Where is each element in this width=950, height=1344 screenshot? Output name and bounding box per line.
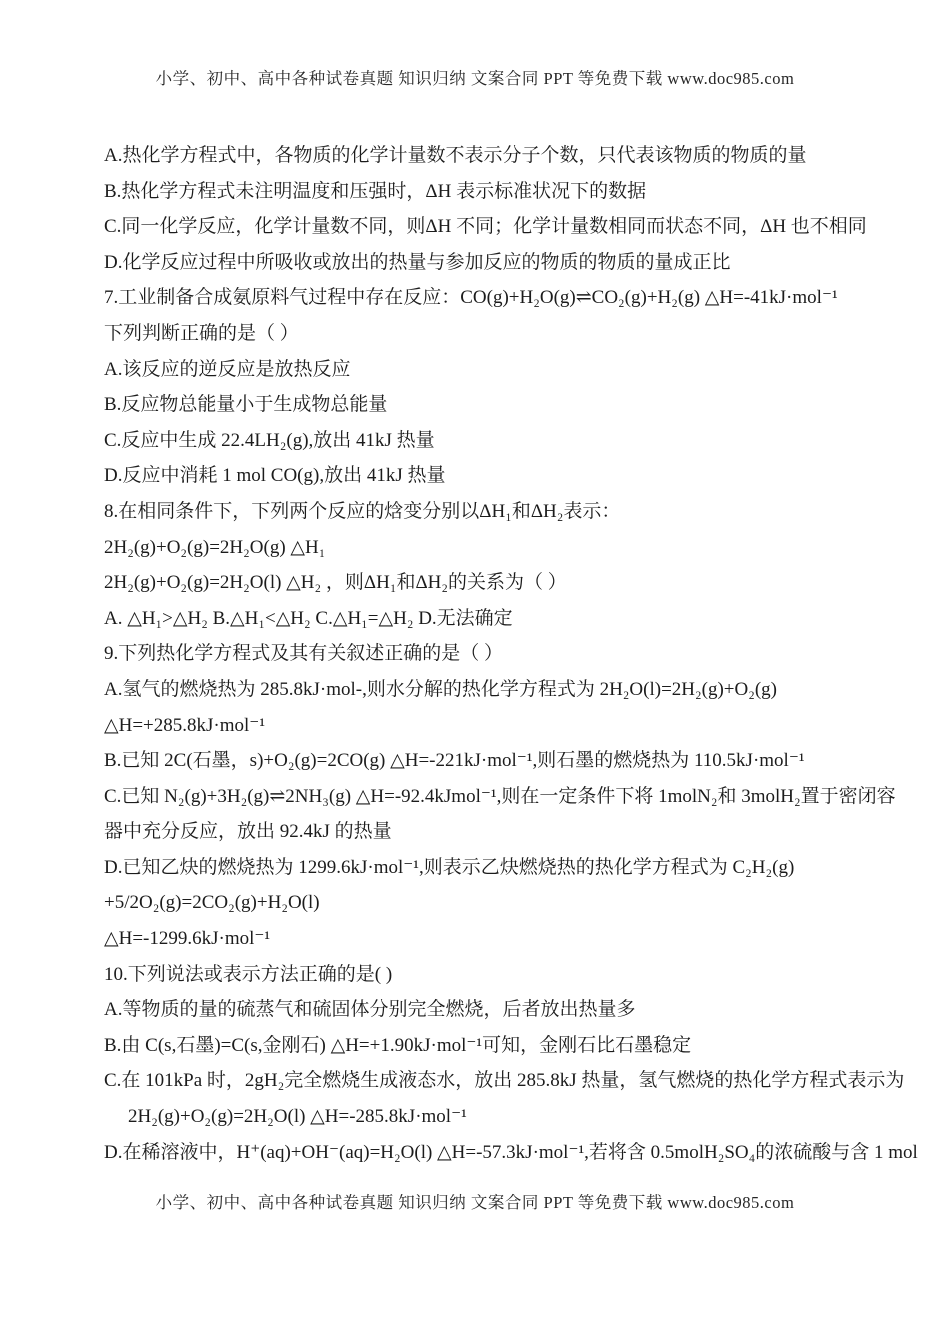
exam-page: { "header": { "text": "小学、初中、高中各种试卷真题 知识… — [0, 0, 950, 1344]
text-line: A.等物质的量的硫蒸气和硫固体分别完全燃烧，后者放出热量多 — [104, 992, 860, 1028]
text-line: 7.工业制备合成氨原料气过程中存在反应：CO(g)+H₂O(g)⇌CO₂(g)+… — [104, 280, 860, 316]
text-line: C.在 101kPa 时，2gH₂完全燃烧生成液态水，放出 285.8kJ 热量… — [104, 1063, 860, 1099]
text-line: △H=+285.8kJ·mol⁻¹ — [104, 708, 860, 744]
exam-question-body: A.热化学方程式中，各物质的化学计量数不表示分子个数，只代表该物质的物质的量B.… — [104, 138, 860, 1170]
text-line: A.该反应的逆反应是放热反应 — [104, 352, 860, 388]
text-line: D.已知乙炔的燃烧热为 1299.6kJ·mol⁻¹,则表示乙炔燃烧热的热化学方… — [104, 850, 860, 886]
text-line: D.化学反应过程中所吸收或放出的热量与参加反应的物质的物质的量成正比 — [104, 245, 860, 281]
header-download-banner: 小学、初中、高中各种试卷真题 知识归纳 文案合同 PPT 等免费下载 www.d… — [0, 68, 950, 90]
text-line: D.反应中消耗 1 mol CO(g),放出 41kJ 热量 — [104, 458, 860, 494]
text-line: B.由 C(s,石墨)=C(s,金刚石) △H=+1.90kJ·mol⁻¹可知，… — [104, 1028, 860, 1064]
text-line: B.已知 2C(石墨，s)+O₂(g)=2CO(g) △H=-221kJ·mol… — [104, 743, 860, 779]
text-line: C.已知 N₂(g)+3H₂(g)⇌2NH₃(g) △H=-92.4kJmol⁻… — [104, 779, 860, 815]
text-line: 8.在相同条件下，下列两个反应的焓变分别以ΔH₁和ΔH₂表示： — [104, 494, 860, 530]
text-line: 2H₂(g)+O₂(g)=2H₂O(l) △H=-285.8kJ·mol⁻¹ — [104, 1099, 860, 1135]
footer-download-banner: 小学、初中、高中各种试卷真题 知识归纳 文案合同 PPT 等免费下载 www.d… — [0, 1192, 950, 1214]
text-line: 2H₂(g)+O₂(g)=2H₂O(l) △H₂ ，则ΔH₁和ΔH₂的关系为（ … — [104, 565, 860, 601]
text-line: B.反应物总能量小于生成物总能量 — [104, 387, 860, 423]
text-line: B.热化学方程式未注明温度和压强时，ΔH 表示标准状况下的数据 — [104, 174, 860, 210]
text-line: C.反应中生成 22.4LH₂(g),放出 41kJ 热量 — [104, 423, 860, 459]
text-line: 9.下列热化学方程式及其有关叙述正确的是（ ） — [104, 636, 860, 672]
text-line: +5/2O₂(g)=2CO₂(g)+H₂O(l) — [104, 885, 860, 921]
text-line: 10.下列说法或表示方法正确的是( ) — [104, 957, 860, 993]
text-line: C.同一化学反应，化学计量数不同，则ΔH 不同；化学计量数相同而状态不同，ΔH … — [104, 209, 860, 245]
text-line: 2H₂(g)+O₂(g)=2H₂O(g) △H₁ — [104, 530, 860, 566]
text-line: D.在稀溶液中，H⁺(aq)+OH⁻(aq)=H₂O(l) △H=-57.3kJ… — [104, 1135, 860, 1171]
text-line: A.氢气的燃烧热为 285.8kJ·mol-,则水分解的热化学方程式为 2H₂O… — [104, 672, 860, 708]
text-line: △H=-1299.6kJ·mol⁻¹ — [104, 921, 860, 957]
text-line: 下列判断正确的是（ ） — [104, 316, 860, 352]
text-line: A. △H₁>△H₂ B.△H₁<△H₂ C.△H₁=△H₂ D.无法确定 — [104, 601, 860, 637]
text-line: 器中充分反应，放出 92.4kJ 的热量 — [104, 814, 860, 850]
text-line: A.热化学方程式中，各物质的化学计量数不表示分子个数，只代表该物质的物质的量 — [104, 138, 860, 174]
